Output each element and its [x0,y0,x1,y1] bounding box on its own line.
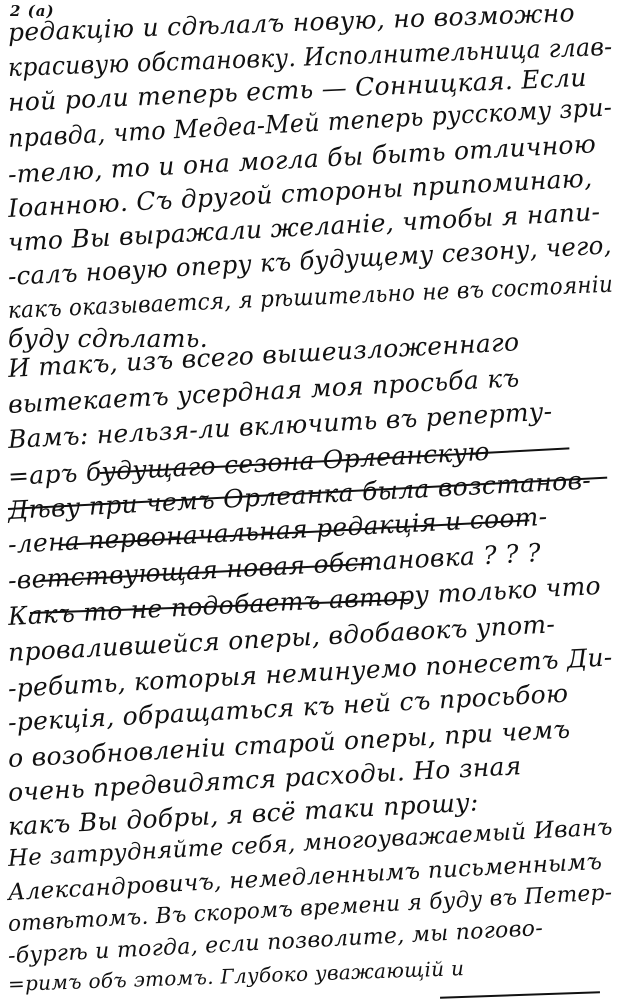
manuscript-page: 2 (а) редакцію и сдѣлалъ новую, но возмо… [0,0,621,1000]
signature-underline [440,991,600,999]
